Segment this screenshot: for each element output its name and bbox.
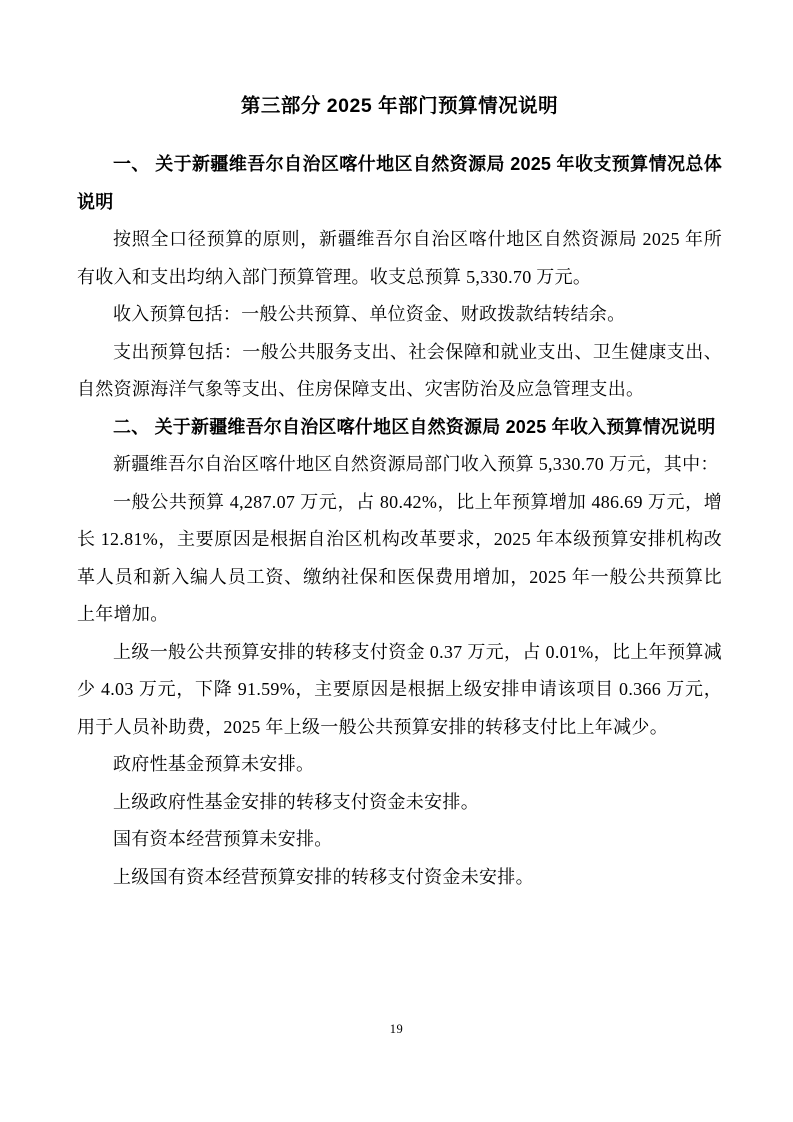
paragraph-income-total: 新疆维吾尔自治区喀什地区自然资源局部门收入预算 5,330.70 万元，其中：: [77, 446, 722, 484]
paragraph-government-fund-transfer: 上级政府性基金安排的转移支付资金未安排。: [77, 784, 722, 822]
page-number: 19: [0, 1022, 793, 1037]
paragraph-transfer-payment: 上级一般公共预算安排的转移支付资金 0.37 万元，占 0.01%，比上年预算减…: [77, 634, 722, 747]
document-page: 第三部分 2025 年部门预算情况说明 一、 关于新疆维吾尔自治区喀什地区自然资…: [0, 0, 793, 1122]
paragraph-state-capital-transfer: 上级国有资本经营预算安排的转移支付资金未安排。: [77, 859, 722, 897]
paragraph-government-fund: 政府性基金预算未安排。: [77, 746, 722, 784]
section-heading-1: 一、 关于新疆维吾尔自治区喀什地区自然资源局 2025 年收支预算情况总体说明: [77, 146, 722, 221]
paragraph-expenditure-budget-includes: 支出预算包括：一般公共服务支出、社会保障和就业支出、卫生健康支出、自然资源海洋气…: [77, 334, 722, 409]
paragraph-state-capital: 国有资本经营预算未安排。: [77, 821, 722, 859]
paragraph-overall-budget: 按照全口径预算的原则，新疆维吾尔自治区喀什地区自然资源局 2025 年所有收入和…: [77, 221, 722, 296]
paragraph-general-public-budget: 一般公共预算 4,287.07 万元，占 80.42%，比上年预算增加 486.…: [77, 484, 722, 634]
section-heading-2: 二、 关于新疆维吾尔自治区喀什地区自然资源局 2025 年收入预算情况说明: [77, 409, 722, 447]
paragraph-income-budget-includes: 收入预算包括：一般公共预算、单位资金、财政拨款结转结余。: [77, 296, 722, 334]
document-title: 第三部分 2025 年部门预算情况说明: [77, 93, 722, 120]
